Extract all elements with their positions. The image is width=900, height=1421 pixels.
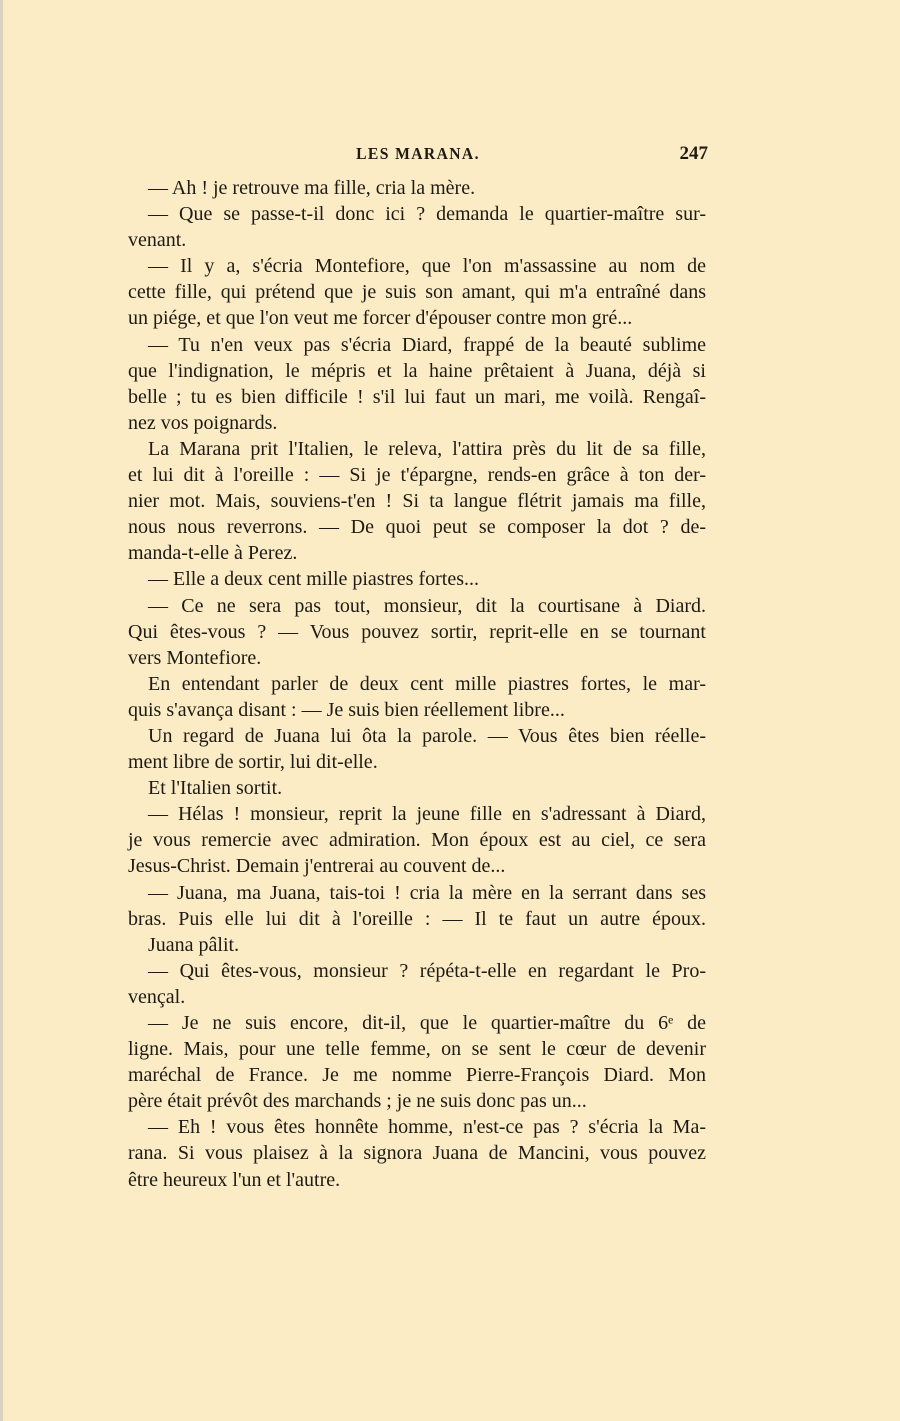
text-line: Un regard de Juana lui ôta la parole. — … <box>128 723 706 749</box>
page-header: LES MARANA. 247 <box>126 144 710 168</box>
text-line: vençal. <box>128 984 706 1010</box>
text-line: — Tu n'en veux pas s'écria Diard, frappé… <box>128 332 706 358</box>
page-number: 247 <box>680 143 709 165</box>
text-line: — Il y a, s'écria Montefiore, que l'on m… <box>128 253 706 279</box>
text-line: — Juana, ma Juana, tais-toi ! cria la mè… <box>128 880 706 906</box>
text-line: — Eh ! vous êtes honnête homme, n'est-ce… <box>128 1114 706 1140</box>
text-line: — Elle a deux cent mille piastres fortes… <box>128 566 706 592</box>
text-line: bras. Puis elle lui dit à l'oreille : — … <box>128 906 706 932</box>
text-line: — Que se passe-t-il donc ici ? demanda l… <box>128 201 706 227</box>
text-line: — Ah ! je retrouve ma fille, cria la mèr… <box>128 175 706 201</box>
text-line: vers Montefiore. <box>128 645 706 671</box>
text-line: belle ; tu es bien difficile ! s'il lui … <box>128 384 706 410</box>
body-text: — Ah ! je retrouve ma fille, cria la mèr… <box>128 175 706 1193</box>
text-line: venant. <box>128 227 706 253</box>
text-line: que l'indignation, le mépris et la haine… <box>128 358 706 384</box>
text-line: — Hélas ! monsieur, reprit la jeune fill… <box>128 801 706 827</box>
text-line: être heureux l'un et l'autre. <box>128 1167 706 1193</box>
text-line: manda-t-elle à Perez. <box>128 540 706 566</box>
text-line: ment libre de sortir, lui dit-elle. <box>128 749 706 775</box>
text-line: La Marana prit l'Italien, le releva, l'a… <box>128 436 706 462</box>
text-line: nez vos poignards. <box>128 410 706 436</box>
text-line: Qui êtes-vous ? — Vous pouvez sortir, re… <box>128 619 706 645</box>
text-line: Jesus-Christ. Demain j'entrerai au couve… <box>128 853 706 879</box>
text-line: quis s'avança disant : — Je suis bien ré… <box>128 697 706 723</box>
text-line: cette fille, qui prétend que je suis son… <box>128 279 706 305</box>
text-line: Et l'Italien sortit. <box>128 775 706 801</box>
text-line: je vous remercie avec admiration. Mon ép… <box>128 827 706 853</box>
text-line: — Qui êtes-vous, monsieur ? répéta-t-ell… <box>128 958 706 984</box>
text-line: rana. Si vous plaisez à la signora Juana… <box>128 1140 706 1166</box>
text-line: et lui dit à l'oreille : — Si je t'éparg… <box>128 462 706 488</box>
text-line: nier mot. Mais, souviens-t'en ! Si ta la… <box>128 488 706 514</box>
text-line: nous nous reverrons. — De quoi peut se c… <box>128 514 706 540</box>
text-line: père était prévôt des marchands ; je ne … <box>128 1088 706 1114</box>
text-line: maréchal de France. Je me nomme Pierre-F… <box>128 1062 706 1088</box>
text-line: Juana pâlit. <box>128 932 706 958</box>
running-title: LES MARANA. <box>149 144 686 164</box>
text-line: En entendant parler de deux cent mille p… <box>128 671 706 697</box>
text-line: ligne. Mais, pour une telle femme, on se… <box>128 1036 706 1062</box>
text-line: — Ce ne sera pas tout, monsieur, dit la … <box>128 593 706 619</box>
text-line: — Je ne suis encore, dit-il, que le quar… <box>128 1010 706 1036</box>
text-line: un piége, et que l'on veut me forcer d'é… <box>128 305 706 331</box>
book-page: LES MARANA. 247 — Ah ! je retrouve ma fi… <box>0 0 900 1421</box>
